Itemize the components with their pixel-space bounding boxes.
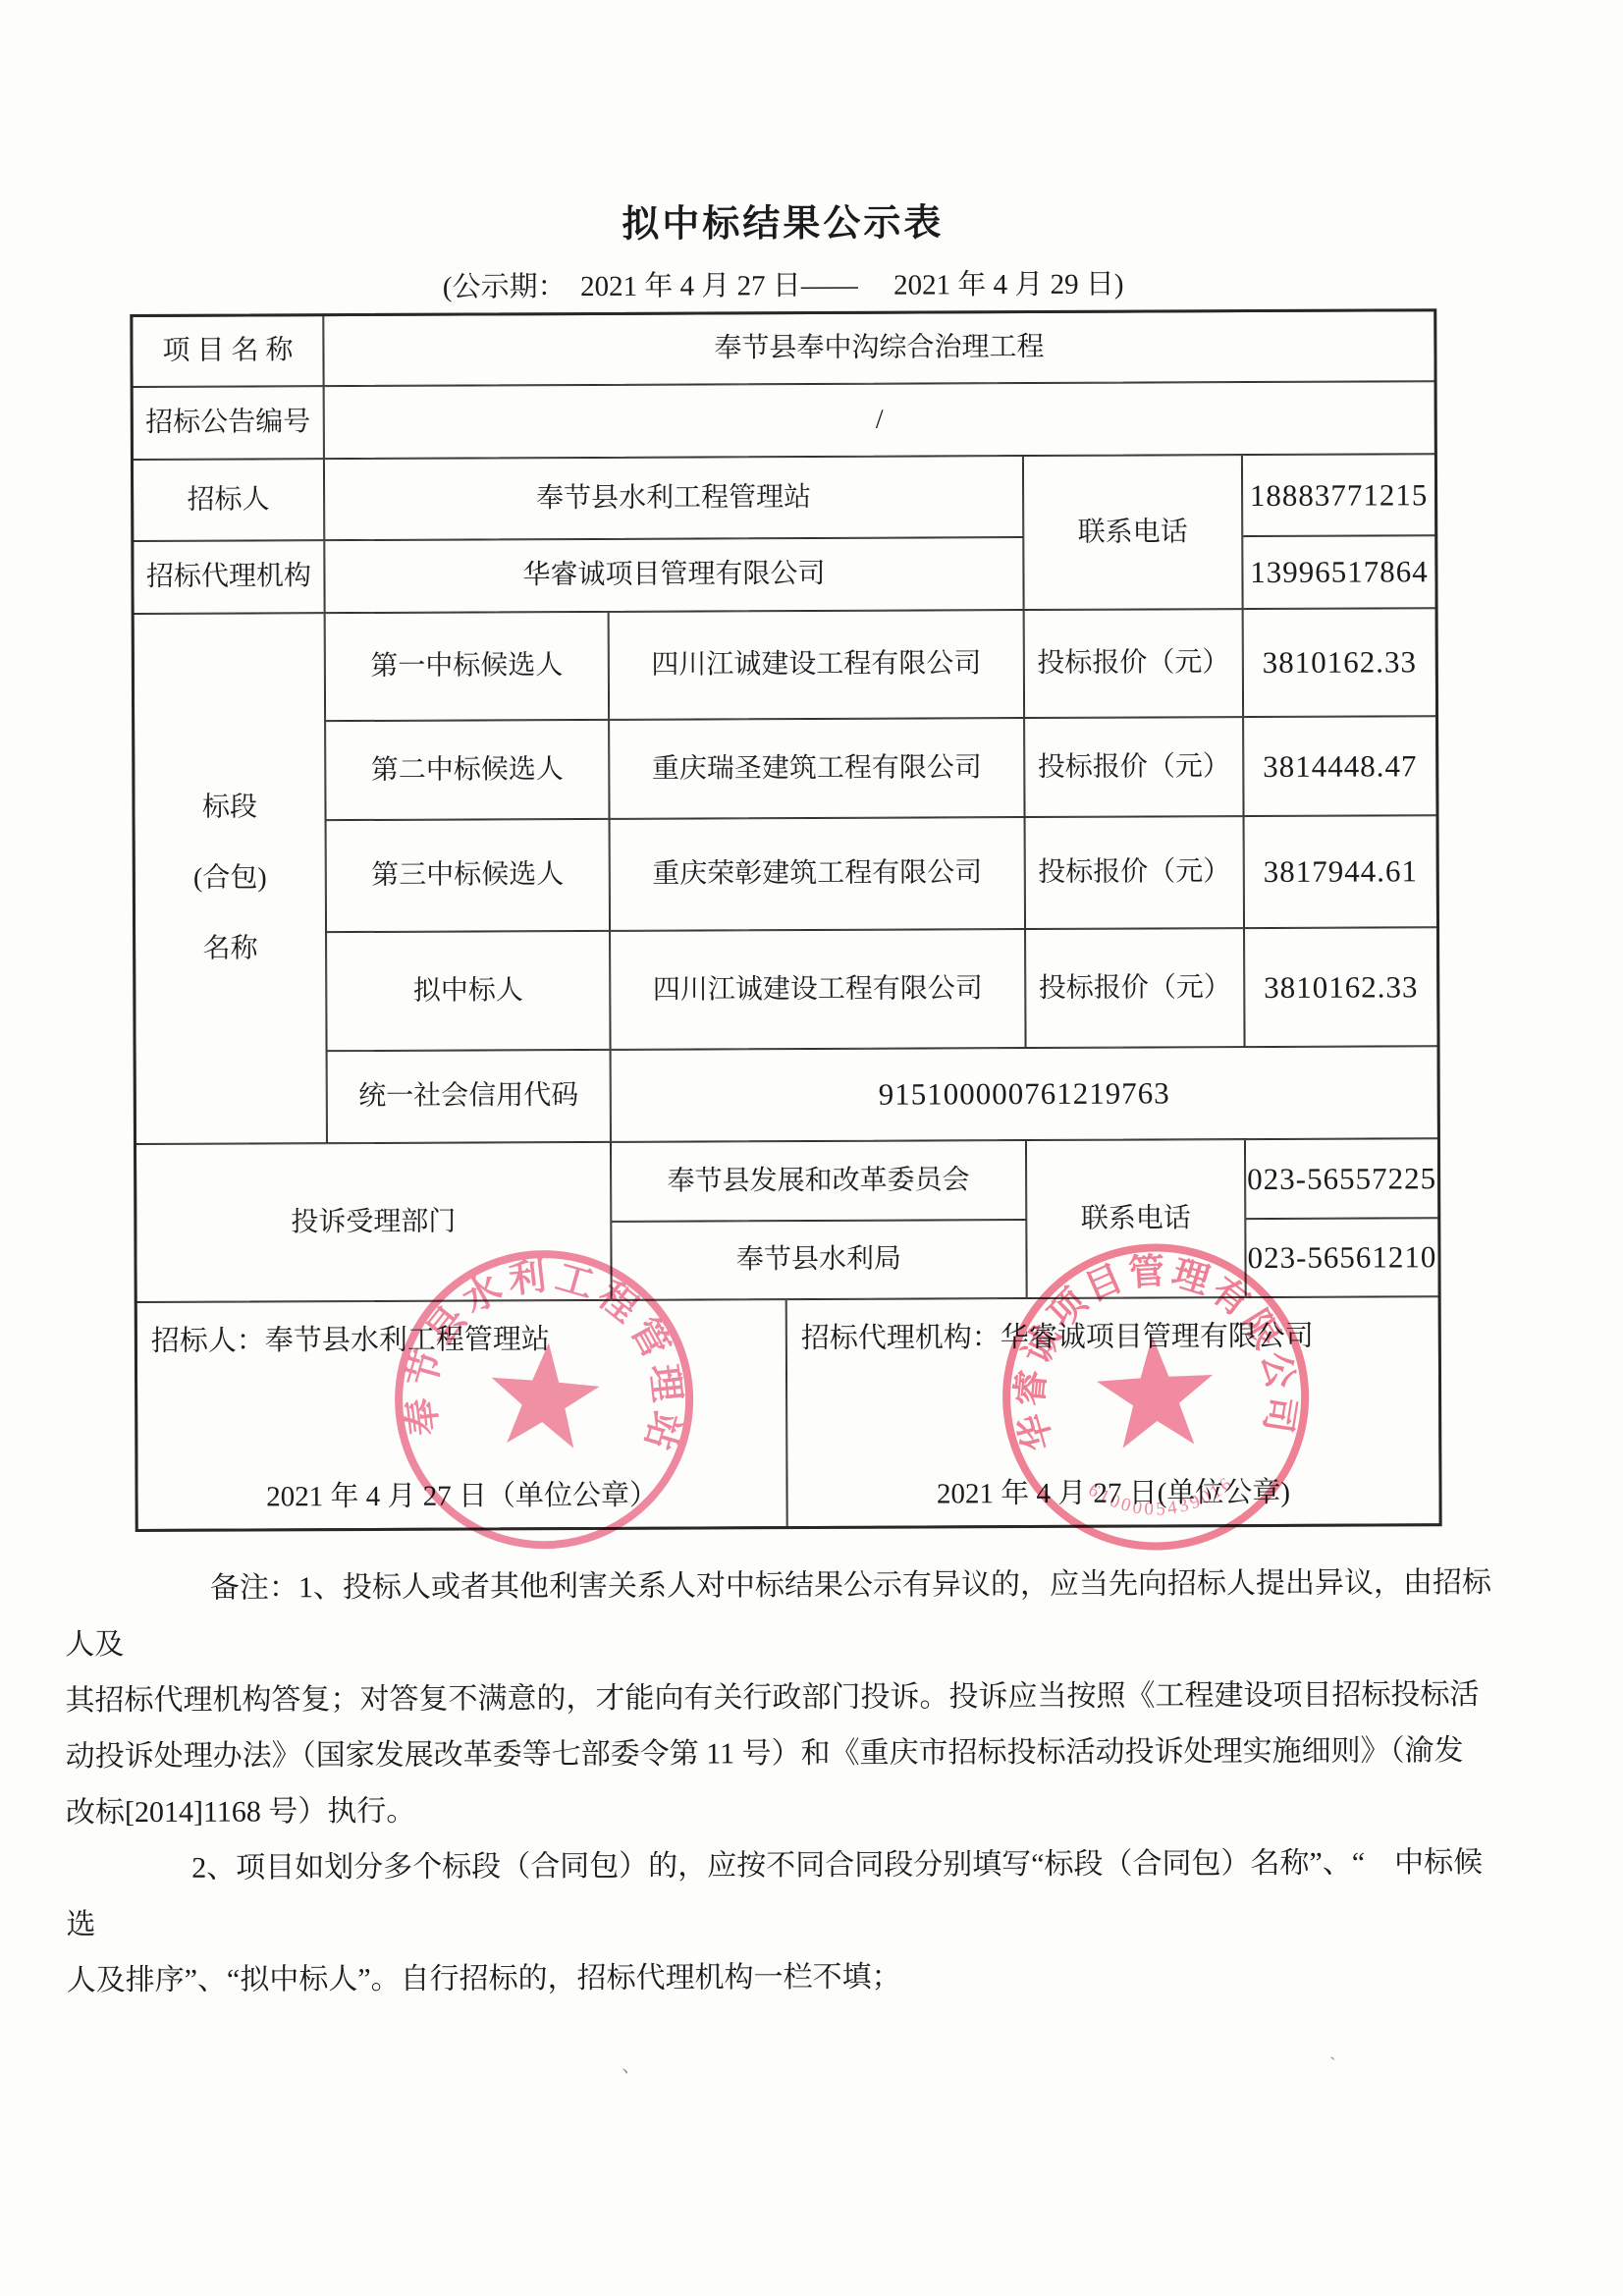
result-table: 项 目 名 称 奉节县奉中沟综合治理工程 招标公告编号 / 招标人 奉节县水利工… xyxy=(0,0,1618,4)
scan-speck: ` xyxy=(1329,2054,1336,2077)
agency-official-seal: 华睿诚项目管理有限公司 6100005439016 xyxy=(990,1231,1322,1563)
scanned-document-page: 拟中标结果公示表 (公示期： 2021 年 4 月 27 日—— 2021 年 … xyxy=(0,0,1623,2296)
seal-star-icon xyxy=(1095,1333,1217,1449)
seal-star-icon xyxy=(486,1339,603,1450)
note-line: 2、项目如划分多个标段（合同包）的，应按不同合同段分别填写“标段（合同包）名称”… xyxy=(66,1834,1501,1952)
note-line: 备注：1、投标人或者其他利害关系人对中标结果公示有异议的，应当先向招标人提出异议… xyxy=(65,1555,1500,1672)
tenderer-official-seal: 奉节县水利工程管理站 xyxy=(374,1230,713,1568)
seal-code-text: 6100005439016 xyxy=(1083,1471,1239,1523)
page-title: 拟中标结果公示表 xyxy=(132,190,1434,249)
document-sheet: 拟中标结果公示表 (公示期： 2021 年 4 月 27 日—— 2021 年 … xyxy=(0,0,1623,2296)
footnotes: 备注：1、投标人或者其他利害关系人对中标结果公示有异议的，应当先向招标人提出异议… xyxy=(65,1555,1502,2008)
scan-speck: 、 xyxy=(622,2050,641,2078)
note-line: 动投诉处理办法》（国家发展改革委等七部委令第 11 号）和《重庆市招标投标活动投… xyxy=(66,1722,1501,1784)
note-line: 其招标代理机构答复；对答复不满意的，才能向有关行政部门投诉。投诉应当按照《工程建… xyxy=(65,1667,1500,1728)
svg-text:6100005439016: 6100005439016 xyxy=(1083,1471,1239,1523)
note-line: 改标[2014]1168 号）执行。 xyxy=(66,1778,1501,1840)
publicity-period: (公示期： 2021 年 4 月 27 日—— 2021 年 4 月 29 日) xyxy=(132,260,1434,306)
note-line: 人及排序”、“拟中标人”。自行招标的，招标代理机构一栏不填； xyxy=(67,1946,1502,2008)
